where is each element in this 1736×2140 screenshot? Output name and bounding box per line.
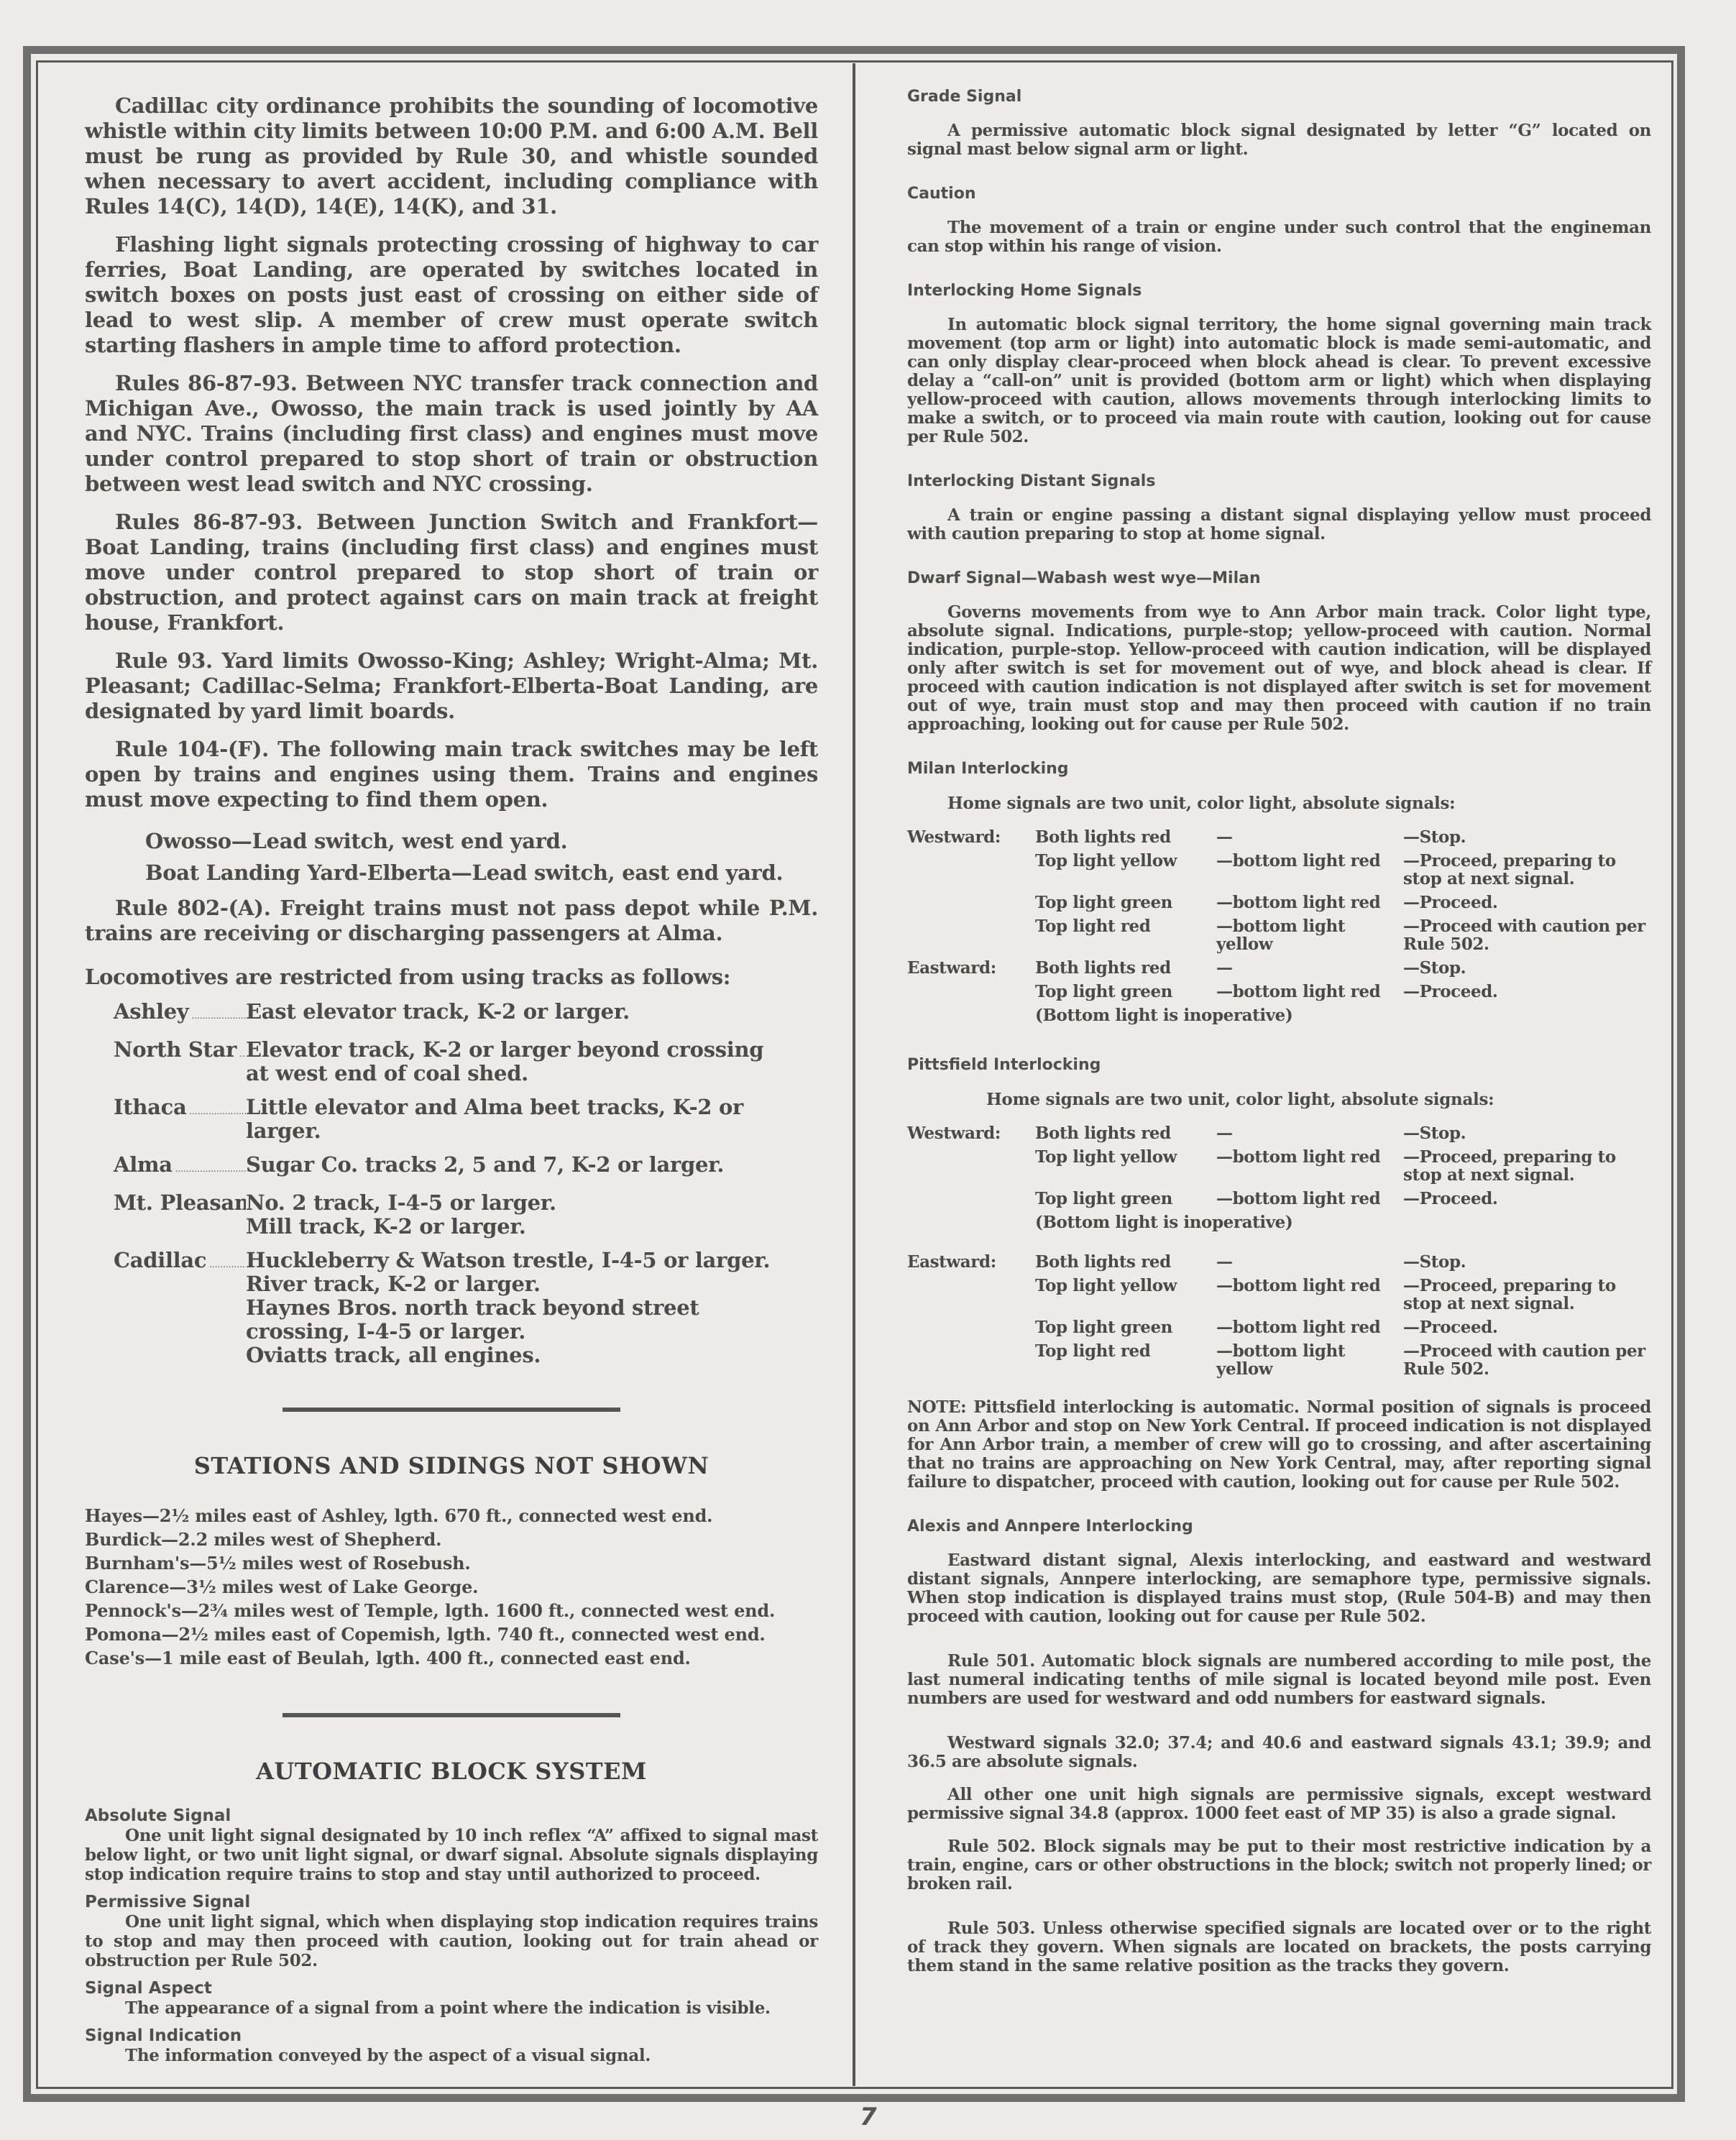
signal-result: —Stop. — [1403, 1253, 1651, 1277]
definition-text: One unit light signal designated by 10 i… — [85, 1826, 818, 1884]
restriction-line: Oviatts track, all engines. — [246, 1344, 789, 1367]
restriction-place: Alma — [85, 1153, 246, 1181]
signal-direction — [907, 894, 1035, 917]
signal-result: —Proceed, preparing to stop at next sign… — [1403, 1277, 1651, 1318]
signal-row: Top light red—bottom light yellow—Procee… — [907, 917, 1651, 959]
signal-top-light: Top light green — [1035, 983, 1216, 1006]
stations-list: Hayes—2½ miles east of Ashley, lgth. 670… — [85, 1504, 818, 1670]
signal-bottom-light: —bottom light red — [1216, 1277, 1403, 1318]
signal-direction — [907, 983, 1035, 1006]
cadillac-ordinance-paragraph: Cadillac city ordinance prohibits the so… — [85, 93, 818, 219]
signal-result: —Stop. — [1403, 1124, 1651, 1148]
rule-93-paragraph: Rule 93. Yard limits Owosso-King; Ashley… — [85, 648, 818, 724]
signal-top-light: Top light red — [1035, 917, 1216, 959]
restriction-description: No. 2 track, I-4-5 or larger.Mill track,… — [246, 1191, 818, 1239]
section-text: A permissive automatic block signal desi… — [907, 121, 1651, 159]
restriction-description: Little elevator and Alma beet tracks, K-… — [246, 1096, 818, 1143]
signal-bottom-light: —bottom light yellow — [1216, 1342, 1403, 1384]
rules-86-87-93-frankfort-paragraph: Rules 86-87-93. Between Junction Switch … — [85, 510, 818, 635]
signal-top-light: Top light yellow — [1035, 1277, 1216, 1318]
signal-row: Top light yellow—bottom light red—Procee… — [907, 1277, 1651, 1318]
definition-text: One unit light signal, which when displa… — [85, 1912, 818, 1970]
signal-row: Top light green—bottom light red—Proceed… — [907, 1190, 1651, 1213]
restriction-line: Sugar Co. tracks 2, 5 and 7, K-2 or larg… — [246, 1153, 789, 1177]
restrictions-list: AshleyEast elevator track, K-2 or larger… — [85, 1000, 818, 1367]
rule-paragraph: Westward signals 32.0; 37.4; and 40.6 an… — [907, 1734, 1651, 1771]
definition-term: Signal Indication — [85, 2026, 818, 2046]
milan-intro: Home signals are two unit, color light, … — [947, 794, 1651, 814]
spacer — [907, 1213, 1035, 1237]
signal-result: —Stop. — [1403, 828, 1651, 852]
signal-direction — [907, 1148, 1035, 1190]
signal-bottom-light: —bottom light red — [1216, 1190, 1403, 1213]
restriction-description: Huckleberry & Watson trestle, I-4-5 or l… — [246, 1249, 818, 1367]
station-entry: Pomona—2½ miles east of Copemish, lgth. … — [85, 1622, 818, 1646]
restriction-row: CadillacHuckleberry & Watson trestle, I-… — [85, 1249, 818, 1367]
restriction-place: Ithaca — [85, 1096, 246, 1143]
stations-title: STATIONS AND SIDINGS NOT SHOWN — [85, 1452, 818, 1479]
signal-note: (Bottom light is inoperative) — [1035, 1006, 1651, 1030]
signal-result: —Proceed, preparing to stop at next sign… — [1403, 1148, 1651, 1190]
station-entry: Hayes—2½ miles east of Ashley, lgth. 670… — [85, 1504, 818, 1528]
signal-top-light: Top light green — [1035, 1318, 1216, 1342]
definition-term: Absolute Signal — [85, 1806, 818, 1826]
restriction-line: River track, K-2 or larger. — [246, 1272, 789, 1296]
definitions-list: Absolute SignalOne unit light signal des… — [85, 1806, 818, 2065]
section-heading: Interlocking Distant Signals — [907, 472, 1651, 490]
pittsfield-intro: Home signals are two unit, color light, … — [986, 1090, 1651, 1110]
rule-802a-paragraph: Rule 802-(A). Freight trains must not pa… — [85, 896, 818, 946]
definition-term: Permissive Signal — [85, 1893, 818, 1912]
signal-direction: Eastward: — [907, 959, 1035, 983]
pittsfield-title: Pittsfield Interlocking — [907, 1056, 1651, 1074]
restriction-row: AlmaSugar Co. tracks 2, 5 and 7, K-2 or … — [85, 1153, 818, 1181]
restriction-line: No. 2 track, I-4-5 or larger. — [246, 1191, 789, 1215]
station-entry: Clarence—3½ miles west of Lake George. — [85, 1575, 818, 1599]
section-rule — [283, 1407, 620, 1412]
signal-top-light: Both lights red — [1035, 959, 1216, 983]
milan-title: Milan Interlocking — [907, 760, 1651, 778]
signal-row: Top light yellow—bottom light red—Procee… — [907, 1148, 1651, 1190]
section-heading: Caution — [907, 185, 1651, 203]
signal-direction — [907, 1190, 1035, 1213]
signal-result: —Proceed. — [1403, 1190, 1651, 1213]
definition-text: The information conveyed by the aspect o… — [85, 2046, 818, 2065]
restriction-description: East elevator track, K-2 or larger. — [246, 1000, 818, 1028]
signal-note-row: (Bottom light is inoperative) — [907, 1006, 1651, 1030]
signal-bottom-light: —bottom light yellow — [1216, 917, 1403, 959]
signal-note: (Bottom light is inoperative) — [1035, 1213, 1651, 1237]
section-text: A train or engine passing a distant sign… — [907, 506, 1651, 543]
signal-result: —Proceed. — [1403, 983, 1651, 1006]
restriction-place: North Star — [85, 1038, 246, 1085]
restriction-place: Cadillac — [85, 1249, 246, 1367]
signal-row: Top light green—bottom light red—Proceed… — [907, 983, 1651, 1006]
restriction-row: North StarElevator track, K-2 or larger … — [85, 1038, 818, 1085]
signal-top-light: Top light red — [1035, 1342, 1216, 1384]
signal-direction — [907, 1342, 1035, 1384]
restrictions-intro: Locomotives are restricted from using tr… — [85, 965, 818, 990]
left-column: Cadillac city ordinance prohibits the so… — [85, 72, 818, 2074]
signal-result: —Proceed with caution per Rule 502. — [1403, 917, 1651, 959]
signal-bottom-light: — — [1216, 959, 1403, 983]
restriction-line: Haynes Bros. north track beyond street c… — [246, 1296, 789, 1344]
restriction-line: East elevator track, K-2 or larger. — [246, 1000, 789, 1024]
signal-direction — [907, 852, 1035, 894]
restriction-line: Huckleberry & Watson trestle, I-4-5 or l… — [246, 1249, 789, 1272]
signal-bottom-light: — — [1216, 1124, 1403, 1148]
signal-top-light: Top light green — [1035, 894, 1216, 917]
rules-list: Rule 501. Automatic block signals are nu… — [907, 1652, 1651, 1975]
signal-top-light: Top light yellow — [1035, 1148, 1216, 1190]
signal-top-light: Both lights red — [1035, 1124, 1216, 1148]
rule-104f-paragraph: Rule 104-(F). The following main track s… — [85, 737, 818, 812]
restriction-description: Elevator track, K-2 or larger beyond cro… — [246, 1038, 818, 1085]
signal-direction — [907, 1318, 1035, 1342]
section-text: Governs movements from wye to Ann Arbor … — [907, 603, 1651, 734]
signal-row: Westward:Both lights red——Stop. — [907, 1124, 1651, 1148]
signal-bottom-light: —bottom light red — [1216, 1318, 1403, 1342]
right-column: Grade SignalA permissive automatic block… — [907, 72, 1651, 2001]
restriction-place: Ashley — [85, 1000, 246, 1028]
restriction-line: Little elevator and Alma beet tracks, K-… — [246, 1096, 789, 1143]
restriction-description: Sugar Co. tracks 2, 5 and 7, K-2 or larg… — [246, 1153, 818, 1181]
definition-term: Signal Aspect — [85, 1979, 818, 1998]
restriction-line: Elevator track, K-2 or larger beyond cro… — [246, 1038, 789, 1085]
signal-bottom-light: —bottom light red — [1216, 894, 1403, 917]
restriction-row: Mt. PleasantNo. 2 track, I-4-5 or larger… — [85, 1191, 818, 1239]
signal-top-light: Top light green — [1035, 1190, 1216, 1213]
section-text: The movement of a train or engine under … — [907, 219, 1651, 256]
definition-text: The appearance of a signal from a point … — [85, 1998, 818, 2018]
alexis-text: Eastward distant signal, Alexis interloc… — [907, 1551, 1651, 1626]
rule-paragraph: All other one unit high signals are perm… — [907, 1786, 1651, 1823]
signal-direction: Westward: — [907, 1124, 1035, 1148]
rule-paragraph: Rule 502. Block signals may be put to th… — [907, 1837, 1651, 1893]
rule-paragraph: Rule 501. Automatic block signals are nu… — [907, 1652, 1651, 1708]
switch-boat-landing: Boat Landing Yard-Elberta—Lead switch, e… — [145, 857, 818, 888]
restriction-row: IthacaLittle elevator and Alma beet trac… — [85, 1096, 818, 1143]
signal-row: Top light red—bottom light yellow—Procee… — [907, 1342, 1651, 1384]
signal-row: Westward:Both lights red——Stop. — [907, 828, 1651, 852]
station-entry: Pennock's—2¾ miles west of Temple, lgth.… — [85, 1599, 818, 1622]
signal-row: Eastward:Both lights red——Stop. — [907, 959, 1651, 983]
restriction-place: Mt. Pleasant — [85, 1191, 246, 1239]
alexis-title: Alexis and Annpere Interlocking — [907, 1517, 1651, 1535]
signal-row: Top light green—bottom light red—Proceed… — [907, 1318, 1651, 1342]
column-divider — [853, 63, 855, 2086]
spacer-cell — [907, 1237, 1035, 1253]
section-rule — [283, 1713, 620, 1717]
section-heading: Grade Signal — [907, 88, 1651, 106]
signal-direction: Westward: — [907, 828, 1035, 852]
signal-top-light: Both lights red — [1035, 1253, 1216, 1277]
section-heading: Interlocking Home Signals — [907, 282, 1651, 300]
section-text: In automatic block signal territory, the… — [907, 316, 1651, 446]
signal-bottom-light: — — [1216, 1253, 1403, 1277]
signal-bottom-light: —bottom light red — [1216, 852, 1403, 894]
signal-note-row: (Bottom light is inoperative) — [907, 1213, 1651, 1237]
spacer — [907, 1006, 1035, 1030]
spacer-row — [907, 1237, 1651, 1253]
flashing-signals-paragraph: Flashing light signals protecting crossi… — [85, 232, 818, 358]
abs-title: AUTOMATIC BLOCK SYSTEM — [85, 1758, 818, 1785]
signal-bottom-light: —bottom light red — [1216, 1148, 1403, 1190]
signal-result: —Stop. — [1403, 959, 1651, 983]
signal-direction — [907, 917, 1035, 959]
signal-row: Eastward:Both lights red——Stop. — [907, 1253, 1651, 1277]
station-entry: Burnham's—5½ miles west of Rosebush. — [85, 1551, 818, 1575]
signal-bottom-light: —bottom light red — [1216, 983, 1403, 1006]
milan-signal-table: Westward:Both lights red——Stop.Top light… — [907, 828, 1651, 1030]
station-entry: Burdick—2.2 miles west of Shepherd. — [85, 1528, 818, 1551]
signal-direction — [907, 1277, 1035, 1318]
signal-row: Top light yellow—bottom light red—Procee… — [907, 852, 1651, 894]
signal-result: —Proceed with caution per Rule 502. — [1403, 1342, 1651, 1384]
rule-paragraph: Rule 503. Unless otherwise specified sig… — [907, 1919, 1651, 1975]
signal-top-light: Both lights red — [1035, 828, 1216, 852]
switch-owosso: Owosso—Lead switch, west end yard. — [145, 825, 818, 857]
section-heading: Dwarf Signal—Wabash west wye—Milan — [907, 569, 1651, 587]
signal-row: Top light green—bottom light red—Proceed… — [907, 894, 1651, 917]
restriction-line: Mill track, K-2 or larger. — [246, 1215, 789, 1239]
signal-result: —Proceed, preparing to stop at next sign… — [1403, 852, 1651, 894]
signal-result: —Proceed. — [1403, 894, 1651, 917]
signal-result: —Proceed. — [1403, 1318, 1651, 1342]
station-entry: Case's—1 mile east of Beulah, lgth. 400 … — [85, 1646, 818, 1670]
signal-top-light: Top light yellow — [1035, 852, 1216, 894]
pittsfield-note: NOTE: Pittsfield interlocking is automat… — [907, 1398, 1651, 1492]
rules-86-87-93-owosso-paragraph: Rules 86-87-93. Between NYC transfer tra… — [85, 371, 818, 497]
signal-definitions: Grade SignalA permissive automatic block… — [907, 88, 1651, 734]
page-number: 7 — [860, 2103, 877, 2131]
restriction-row: AshleyEast elevator track, K-2 or larger… — [85, 1000, 818, 1028]
signal-direction: Eastward: — [907, 1253, 1035, 1277]
pittsfield-signal-table: Westward:Both lights red——Stop.Top light… — [907, 1124, 1651, 1384]
signal-bottom-light: — — [1216, 828, 1403, 852]
